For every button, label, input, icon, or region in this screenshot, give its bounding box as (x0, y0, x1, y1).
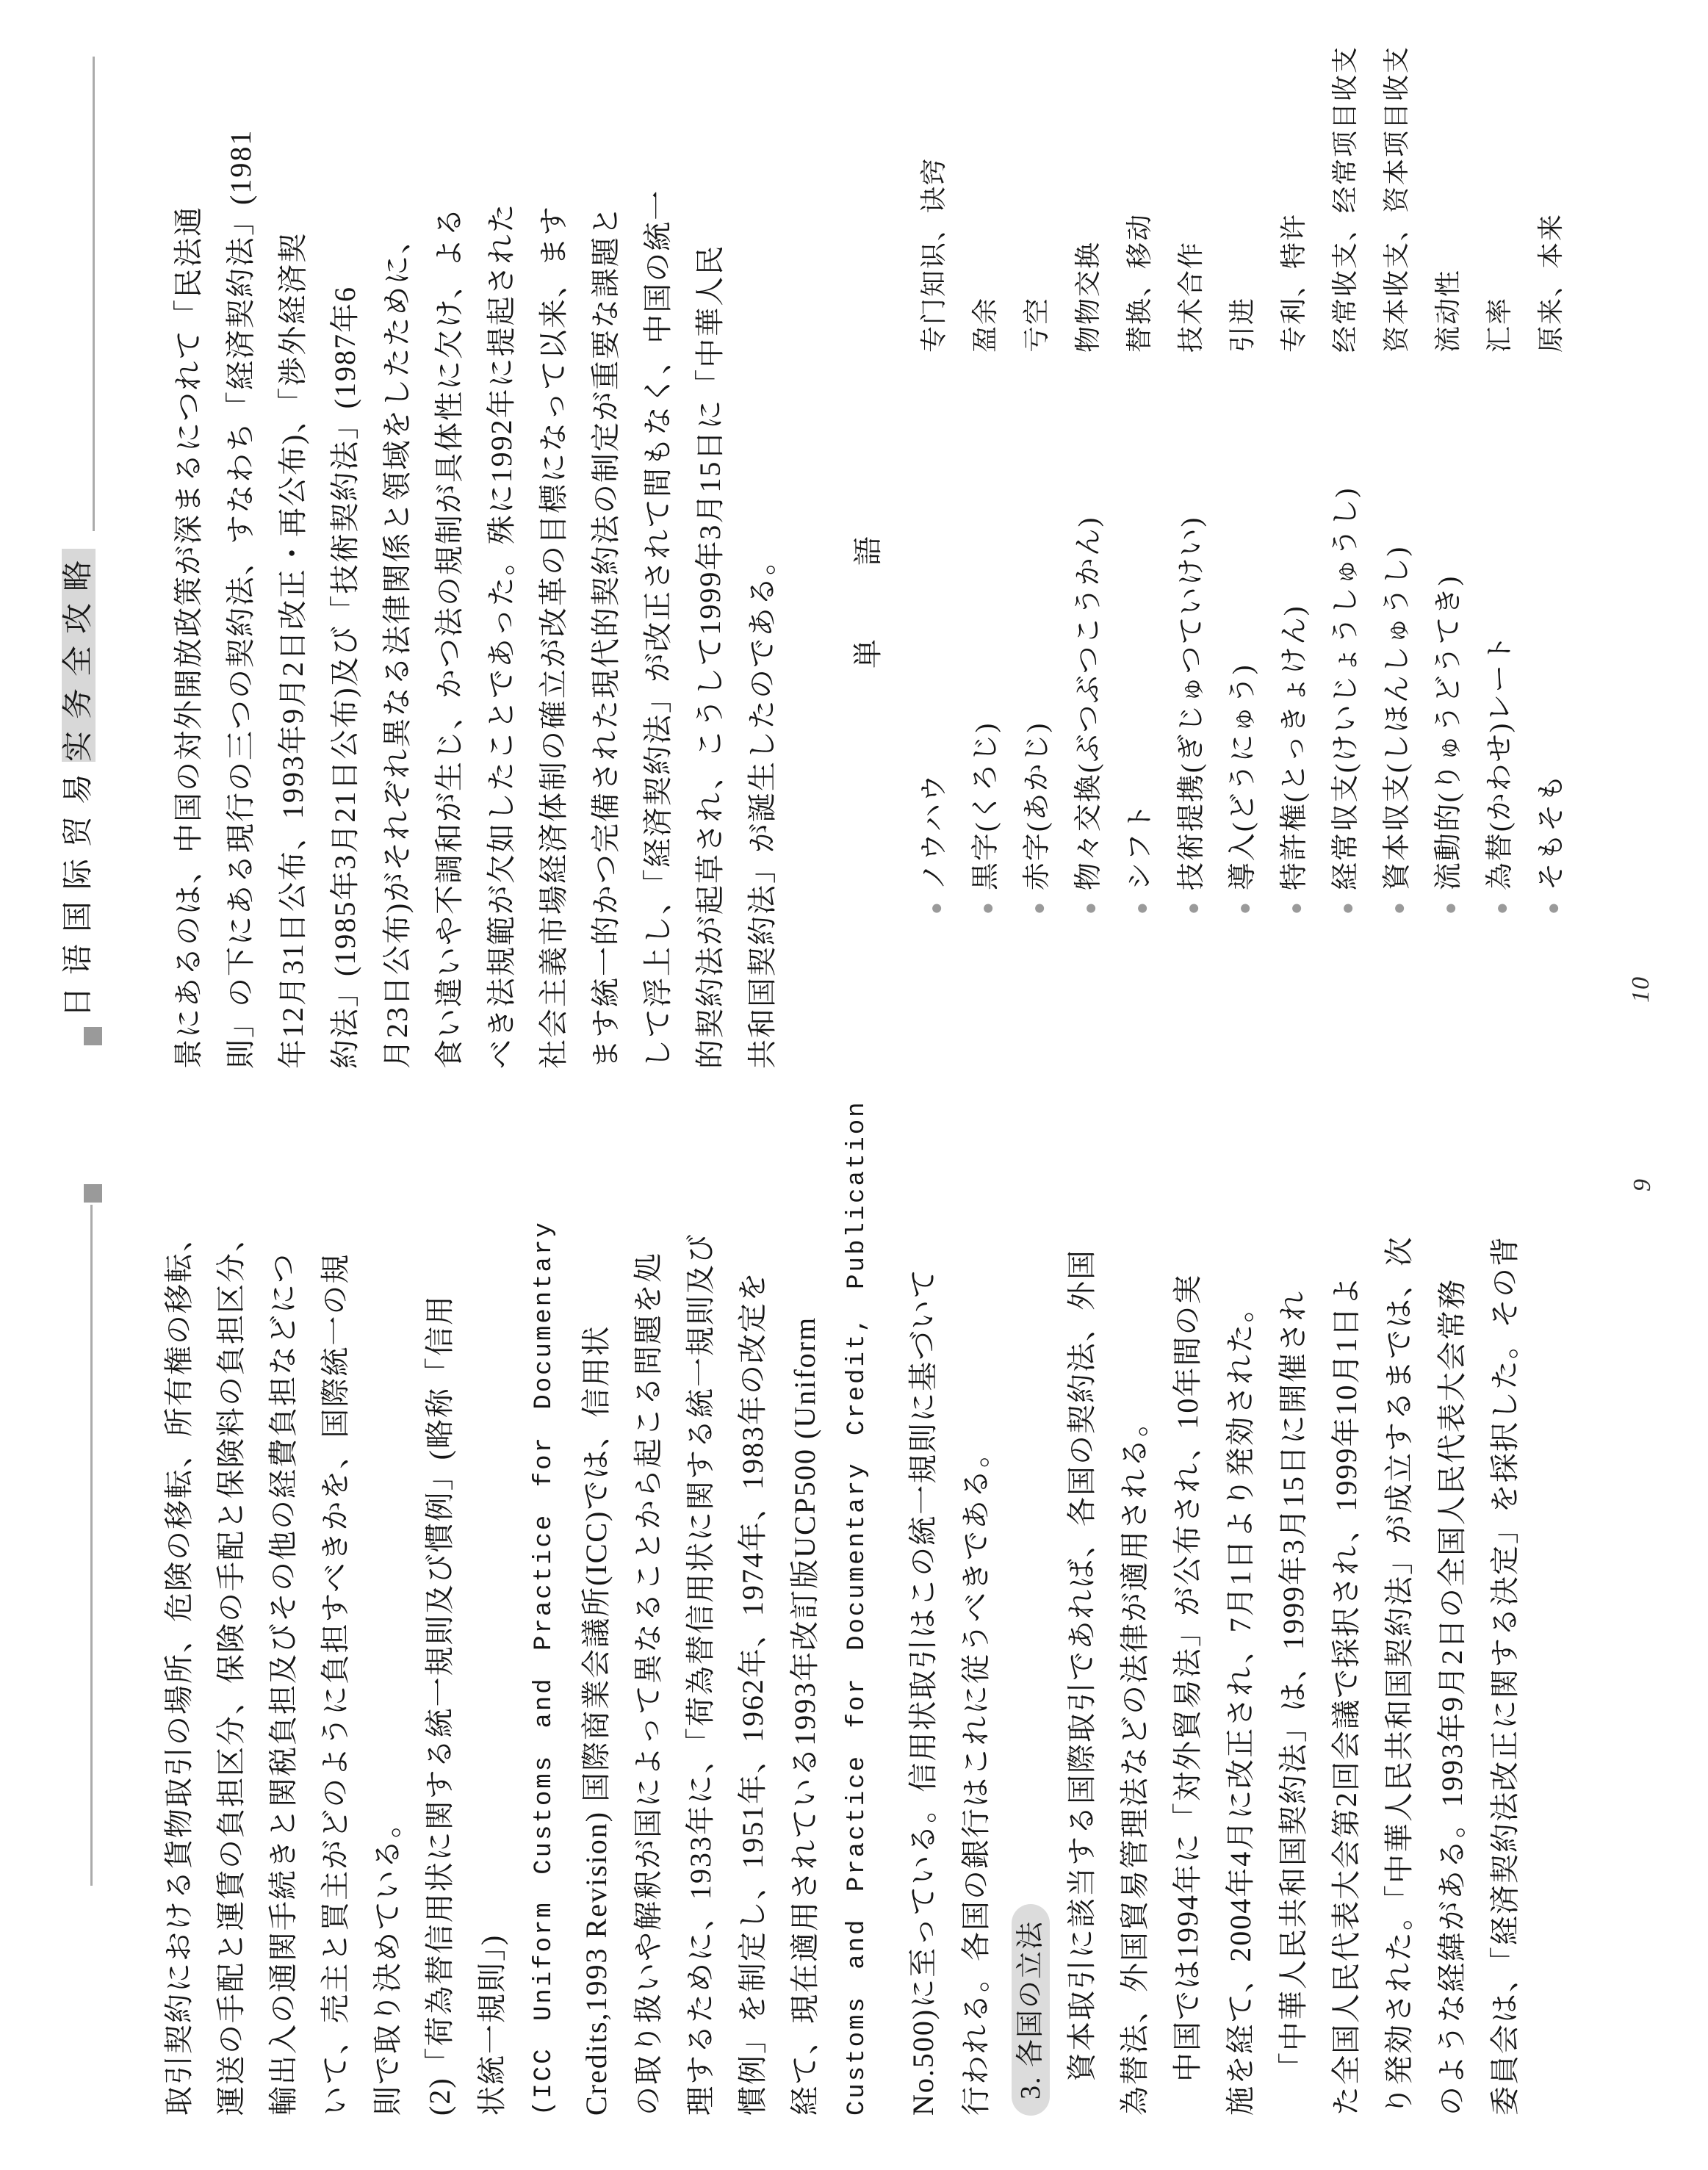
vocab-term: そもそも (1536, 773, 1567, 890)
text-line: 3. 各国の立法 (1012, 1091, 1047, 2116)
page-number-9: 9 (1625, 1147, 1660, 1192)
vocab-item: ●そもそも原来、本来 (1533, 44, 1568, 915)
vocab-gloss: 流动性 (1430, 269, 1466, 353)
text-line: 共和国契約法」が誕生したのである。 (745, 44, 780, 1069)
running-title-plain: 日语国际贸易 (62, 762, 96, 1017)
text-line: た全国人民代表大会第2回会議で採択され、1999年10月1日よ (1329, 1091, 1364, 2116)
vocab-gloss: 原来、本来 (1533, 213, 1568, 353)
vocab-bullet-icon: ● (1388, 901, 1410, 915)
text-line: 約法」(1985年3月21日公布)及び「技術契約法」(1987年6 (328, 44, 363, 1069)
vocab-term: 技術提携(ぎじゅつていけい) (1176, 516, 1207, 890)
page9-header-square-ornament (84, 1184, 102, 1203)
text-line: 社会主義市場経済体制の確立が改革の目標になって以来、ます (536, 44, 572, 1069)
vocab-gloss: 物物交换 (1070, 241, 1106, 353)
text-line: 状統一規則」) (475, 1091, 510, 2116)
text-line: 運送の手配と運賃の負担区分、保険の手配と保険料の負担区分、 (214, 1091, 249, 2116)
vocab-bullet-icon: ● (1491, 901, 1513, 915)
vocab-bullet-icon: ● (1131, 901, 1153, 915)
text-line: 輸出入の通関手続きと関税負担及びその他の経費負担などにつ (266, 1091, 301, 2116)
page9-header-rule (90, 1205, 93, 1886)
vocab-item: ●流動的(りゅうどうてき)流动性 (1430, 44, 1466, 915)
text-line: 中国では1994年に「対外貿易法」が公布され、10年間の実 (1170, 1057, 1206, 2116)
text-line: 取引契約における貨物取引の場所、危険の移転、所有権の移転、 (162, 1091, 197, 2116)
vocab-term: 資本収支(しほんしゅうし) (1382, 546, 1413, 890)
text-line: 理するために、1933年に、「荷為替信用状に関する統一規則及び (683, 1091, 718, 2116)
text-line: ます統一的かつ完備された現代的契約法の制定が重要な課題と (588, 44, 624, 1069)
page10-header-square-ornament (84, 1027, 102, 1045)
text-line: り発効された。「中華人民共和国契約法」が成立するまでは、次 (1382, 1091, 1417, 2116)
vocab-item: ●技術提携(ぎじゅつていけい)技术合作 (1173, 44, 1208, 915)
text-line: (ICC Uniform Customs and Practice for Do… (527, 1091, 562, 2116)
text-line: 的契約法が起草され、こうして1999年3月15日に「中華人民 (693, 44, 728, 1069)
vocab-heading: 単 語 (851, 477, 886, 668)
vocab-bullet-icon: ● (1182, 901, 1205, 915)
vocab-term: 赤字(あかじ) (1022, 722, 1053, 890)
vocab-gloss: 经常收支、经常项目收支 (1327, 46, 1363, 353)
vocab-item: ●経常収支(けいじょうしゅうし)经常收支、经常项目收支 (1327, 44, 1363, 915)
text-line: 慣例」を制定し、1951年、1962年、1974年、1983年の改定を (735, 1091, 771, 2116)
text-line: 委員会は、「経済契約法改正に関する決定」を採択した。その背 (1488, 1091, 1523, 2116)
vocab-item: ●黒字(くろじ)盈余 (967, 44, 1003, 915)
vocab-bullet-icon: ● (1285, 901, 1308, 915)
vocab-bullet-icon: ● (1439, 901, 1462, 915)
vocab-item: ●特許権(とっきょけん)专利、特许 (1276, 44, 1311, 915)
text-line: 景にあるのは、中国の対外開放政策が深まるにつれて「民法通 (171, 44, 206, 1069)
text-line: 為替法、外国貿易管理法などの法律が適用される。 (1117, 1091, 1153, 2116)
vocab-bullet-icon: ● (1233, 901, 1256, 915)
vocab-term: 物々交換(ぶつぶつこうかん) (1073, 516, 1104, 890)
vocab-bullet-icon: ● (925, 901, 948, 915)
vocab-item: ●物々交換(ぶつぶつこうかん)物物交换 (1070, 44, 1106, 915)
vocab-item: ●シフト替换、移动 (1122, 44, 1157, 915)
vocab-gloss: 专利、特许 (1276, 213, 1311, 353)
vocab-term: 経常収支(けいじょうしゅうし) (1330, 487, 1361, 890)
text-line: して浮上し、「経済契約法」が改正されて間もなく、中国の統一 (641, 44, 676, 1069)
vocab-term: 導入(どうにゅう) (1228, 664, 1258, 891)
vocab-bullet-icon: ● (1336, 901, 1359, 915)
vocab-term: ノウハウ (919, 773, 950, 890)
vocab-term: 黒字(くろじ) (970, 722, 1001, 890)
vocab-gloss: 资本收支、资本项目收支 (1379, 46, 1414, 353)
text-line: 食い違いや不調和が生じ、かつ法の規制が具体性に欠け、よる (432, 44, 467, 1069)
text-line: 施を経て、2004年4月に改正され、7月1日より発効された。 (1223, 1091, 1258, 2116)
text-line: 資本取引に該当する国際取引であれば、各国の契約法、外国 (1064, 1057, 1100, 2116)
text-line: 月23日公布)がそれぞれ異なる法律関係と領域をしたために、 (380, 44, 415, 1069)
running-title-highlight: 实务全攻略 (62, 549, 96, 762)
section-heading-pill: 3. 各国の立法 (1012, 1904, 1050, 2116)
text-line: Credits,1993 Revision) 国際商業会議所(ICC)では、信用… (579, 1091, 614, 2116)
vocab-bullet-icon: ● (1542, 901, 1565, 915)
text-line: 年12月31日公布、1993年9月2日改正・再公布)、「渉外経済契 (275, 44, 311, 1069)
vocab-bullet-icon: ● (976, 901, 999, 915)
text-line: 則で取り決めている。 (370, 1091, 406, 2116)
vocab-bullet-icon: ● (1079, 901, 1102, 915)
vocab-item: ●為替(かわせ)レート汇率 (1482, 44, 1517, 915)
vocab-gloss: 技术合作 (1173, 241, 1208, 353)
vocab-gloss: 盈余 (967, 297, 1003, 353)
page-number-10: 10 (1624, 944, 1659, 1003)
vocab-gloss: 引进 (1225, 297, 1260, 353)
vocab-item: ●ノウハウ专门知识、诀窍 (916, 44, 951, 915)
vocab-item: ●導入(どうにゅう)引进 (1225, 44, 1260, 915)
text-line: いて、売主と買主がどのように負担すべきかを、国際統一の規 (318, 1091, 353, 2116)
text-line: 行われる。各国の銀行はこれに従うべきである。 (959, 1091, 994, 2116)
page10-header-rule (93, 57, 95, 531)
vocab-gloss: 专门知识、诀窍 (916, 157, 951, 353)
text-line: の取り扱いや解釈が国によって異なることから起こる問題を処 (631, 1091, 666, 2116)
vocab-gloss: 替换、移动 (1122, 213, 1157, 353)
rotated-book-spread-scan: 日语国际贸易实务全攻略 10 9 景にあるのは、中国の対外開放政策が深まるにつれ… (0, 0, 1708, 2170)
vocab-gloss: 亏空 (1019, 297, 1054, 353)
text-line: べき法規範が欠如したことであった。殊に1992年に提起された (484, 44, 519, 1069)
text-line: 則」の下にある現行の三つの契約法、すなわち「経済契約法」(1981 (223, 44, 259, 1069)
text-line: (2)「荷為替信用状に関する統一規則及び慣例」(略称「信用 (422, 1091, 458, 2116)
vocab-term: 特許権(とっきょけん) (1279, 605, 1310, 891)
vocab-bullet-icon: ● (1028, 901, 1051, 915)
text-line: No.500)に至っている。信用状取引はこの統一規則に基づいて (906, 1091, 941, 2116)
vocab-term: 流動的(りゅうどうてき) (1433, 575, 1464, 890)
text-line: 「中華人民共和国契約法」は、1999年3月15日に開催され (1276, 1057, 1311, 2116)
vocab-gloss: 汇率 (1482, 297, 1517, 353)
vocab-term: シフト (1125, 802, 1156, 890)
vocab-term: 為替(かわせ)レート (1485, 634, 1516, 890)
vocab-item: ●資本収支(しほんしゅうし)资本收支、资本项目收支 (1379, 44, 1414, 915)
text-line: のような経緯がある。1993年9月2日の全国人民代表大会常務 (1435, 1091, 1470, 2116)
text-line: Customs and Practice for Documentary Cre… (840, 1091, 875, 2116)
text-line: 経て、現在適用されている1993年改訂版UCP500 (Uniform (788, 1091, 823, 2116)
page10-running-title: 日语国际贸易实务全攻略 (61, 547, 96, 1017)
vocab-item: ●赤字(あかじ)亏空 (1019, 44, 1054, 915)
